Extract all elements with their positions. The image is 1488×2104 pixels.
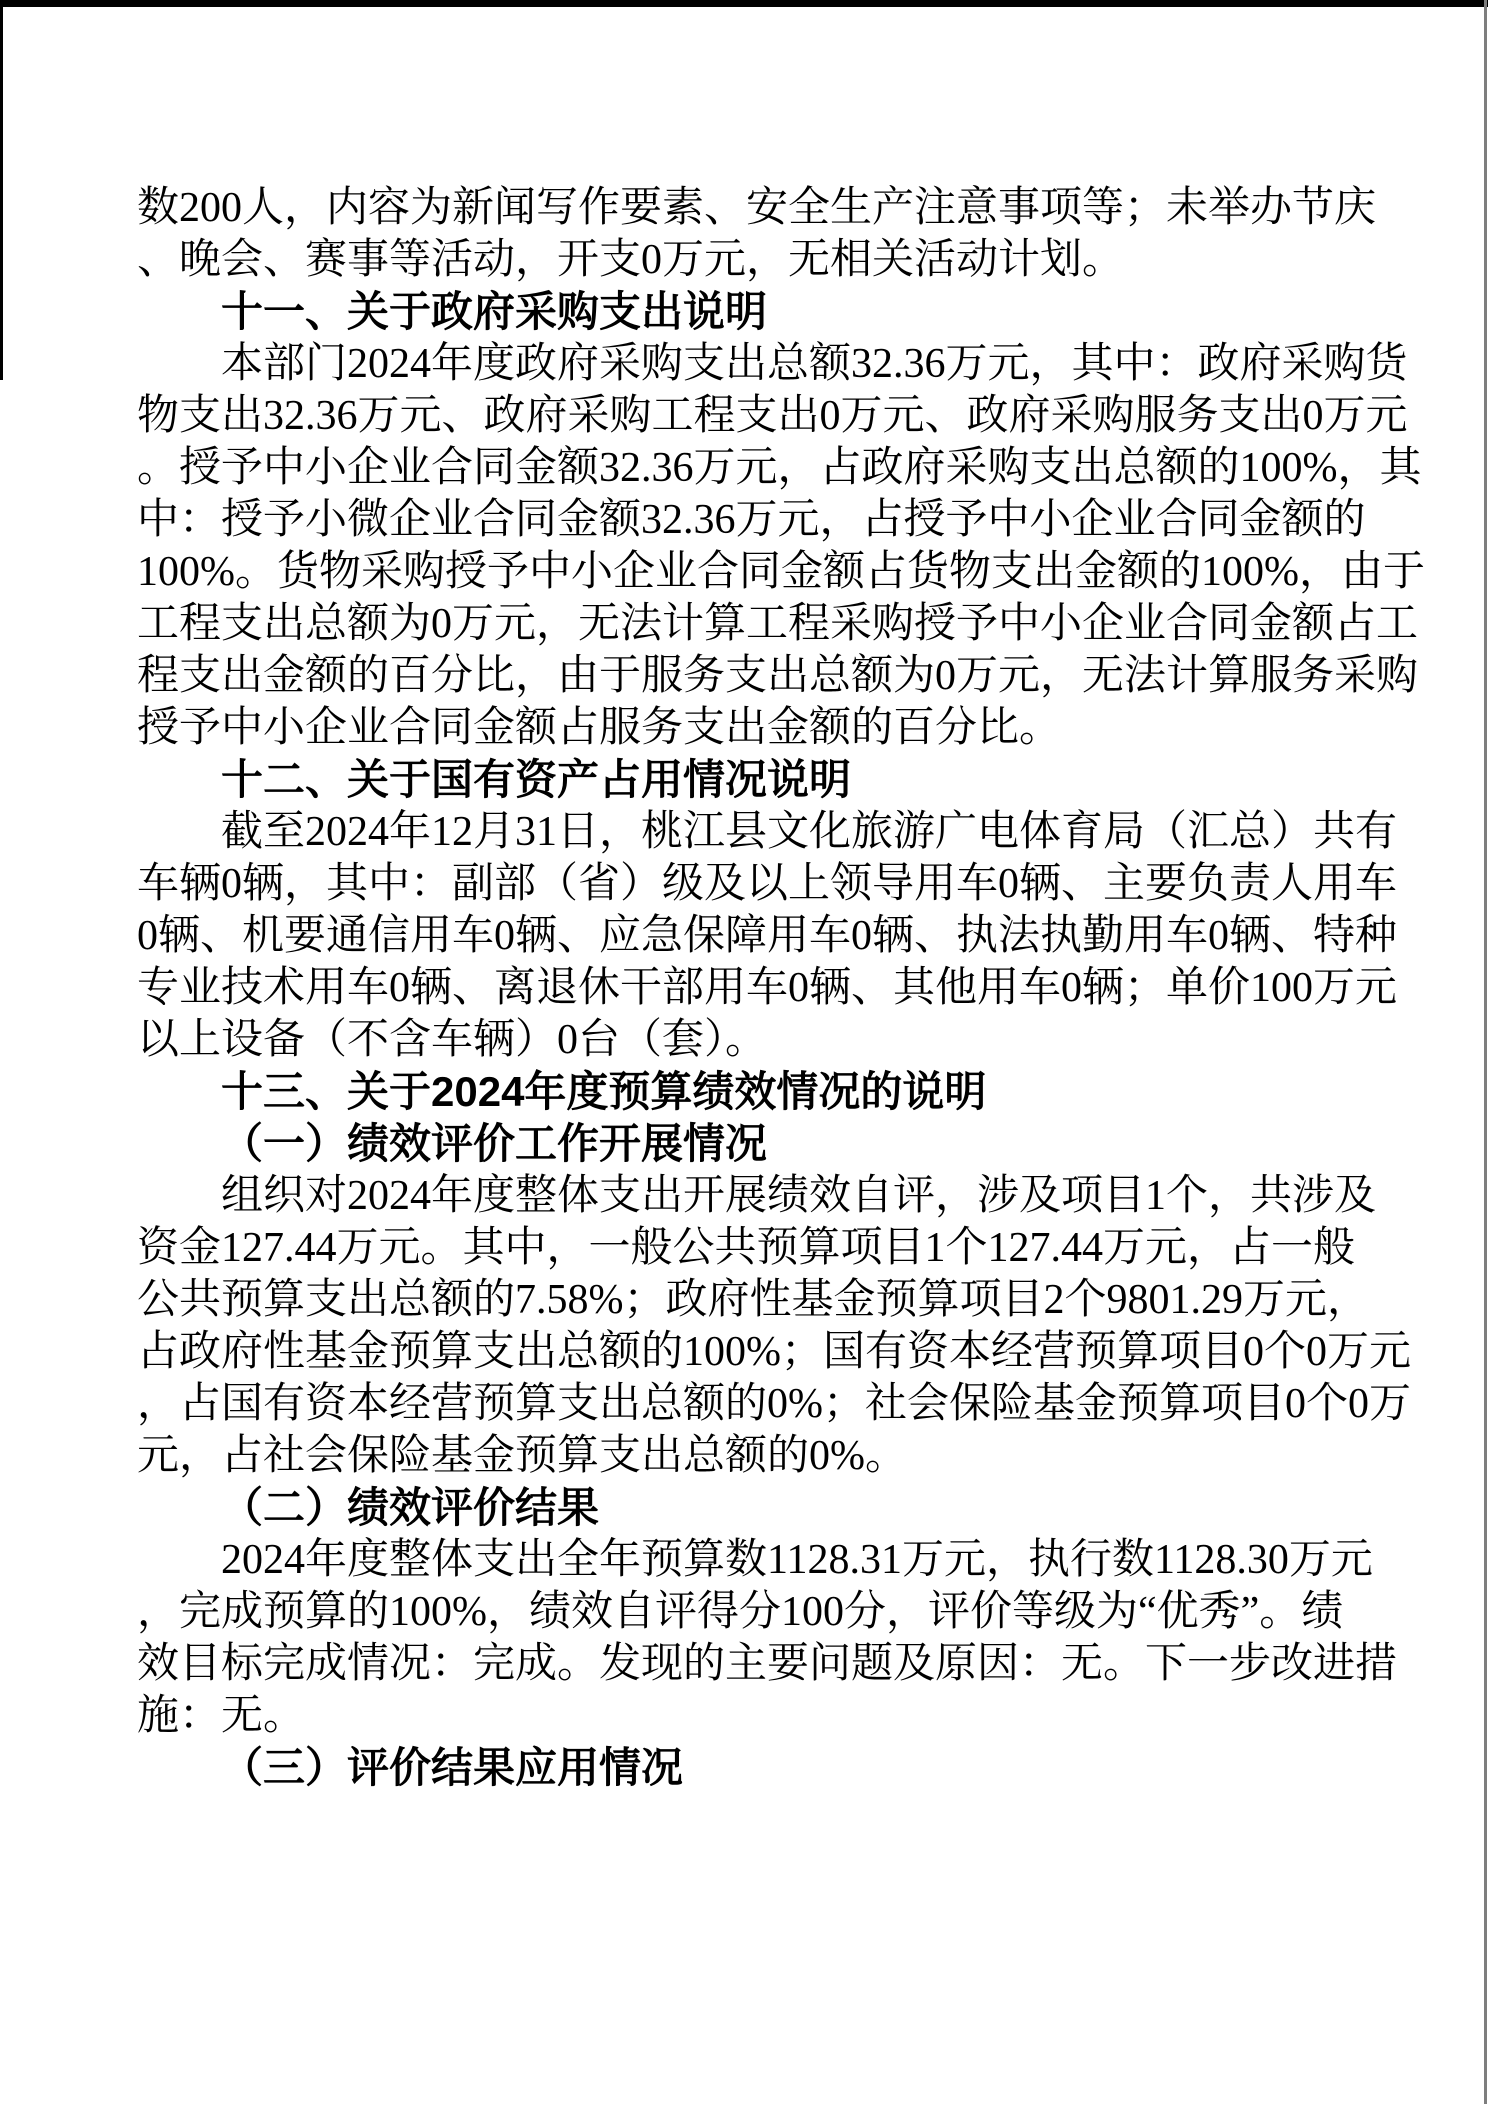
paragraph: 本部门2024年度政府采购支出总额32.36万元，其中：政府采购货物支出32.3… [137, 338, 1330, 754]
sub-section-heading: （一）绩效评价工作开展情况 [137, 1118, 1330, 1170]
text-line: 公共预算支出总额的7.58%；政府性基金预算项目2个9801.29万元， [137, 1274, 1330, 1326]
text-line: 程支出金额的百分比，由于服务支出总额为0万元，无法计算服务采购 [137, 650, 1330, 702]
scan-artifact-top-edge [0, 0, 1488, 7]
text-line: 元，占社会保险基金预算支出总额的0%。 [137, 1430, 1330, 1482]
scan-artifact-left-edge [0, 0, 3, 380]
text-line: 中：授予小微企业合同金额32.36万元，占授予中小企业合同金额的 [137, 494, 1330, 546]
paragraph-continued-from-previous-page: 数200人，内容为新闻写作要素、安全生产注意事项等；未举办节庆、晚会、赛事等活动… [137, 182, 1330, 286]
paragraph: 组织对2024年度整体支出开展绩效自评，涉及项目1个，共涉及资金127.44万元… [137, 1170, 1330, 1482]
text-line: 专业技术用车0辆、离退休干部用车0辆、其他用车0辆；单价100万元 [137, 962, 1330, 1014]
text-line: ，完成预算的100%，绩效自评得分100分，评价等级为“优秀”。绩 [137, 1586, 1330, 1638]
text-line: 车辆0辆，其中：副部（省）级及以上领导用车0辆、主要负责人用车 [137, 858, 1330, 910]
text-line: 以上设备（不含车辆）0台（套）。 [137, 1014, 1330, 1066]
text-line: 100%。货物采购授予中小企业合同金额占货物支出金额的100%，由于 [137, 546, 1330, 598]
section-heading: 十二、关于国有资产占用情况说明 [137, 754, 1330, 806]
text-line: 2024年度整体支出全年预算数1128.31万元，执行数1128.30万元 [137, 1534, 1330, 1586]
text-line: 本部门2024年度政府采购支出总额32.36万元，其中：政府采购货 [137, 338, 1330, 390]
text-line: 工程支出总额为0万元，无法计算工程采购授予中小企业合同金额占工 [137, 598, 1330, 650]
text-line: 组织对2024年度整体支出开展绩效自评，涉及项目1个，共涉及 [137, 1170, 1330, 1222]
paragraph: 2024年度整体支出全年预算数1128.31万元，执行数1128.30万元，完成… [137, 1534, 1330, 1742]
text-line: ，占国有资本经营预算支出总额的0%；社会保险基金预算项目0个0万 [137, 1378, 1330, 1430]
section-heading: 十三、关于2024年度预算绩效情况的说明 [137, 1066, 1330, 1118]
text-line: 施：无。 [137, 1690, 1330, 1742]
text-line: 、晚会、赛事等活动，开支0万元，无相关活动计划。 [137, 234, 1330, 286]
text-line: 。授予中小企业合同金额32.36万元，占政府采购支出总额的100%，其 [137, 442, 1330, 494]
text-line: 占政府性基金预算支出总额的100%；国有资本经营预算项目0个0万元 [137, 1326, 1330, 1378]
text-line: 数200人，内容为新闻写作要素、安全生产注意事项等；未举办节庆 [137, 182, 1330, 234]
sub-section-heading: （三）评价结果应用情况 [137, 1742, 1330, 1794]
text-line: 授予中小企业合同金额占服务支出金额的百分比。 [137, 702, 1330, 754]
document-body: 数200人，内容为新闻写作要素、安全生产注意事项等；未举办节庆、晚会、赛事等活动… [137, 182, 1330, 1794]
sub-section-heading: （二）绩效评价结果 [137, 1482, 1330, 1534]
text-line: 资金127.44万元。其中，一般公共预算项目1个127.44万元，占一般 [137, 1222, 1330, 1274]
text-line: 物支出32.36万元、政府采购工程支出0万元、政府采购服务支出0万元 [137, 390, 1330, 442]
paragraph: 截至2024年12月31日，桃江县文化旅游广电体育局（汇总）共有车辆0辆，其中：… [137, 806, 1330, 1066]
text-line: 效目标完成情况：完成。发现的主要问题及原因：无。下一步改进措 [137, 1638, 1330, 1690]
text-line: 截至2024年12月31日，桃江县文化旅游广电体育局（汇总）共有 [137, 806, 1330, 858]
section-heading: 十一、关于政府采购支出说明 [137, 286, 1330, 338]
text-line: 0辆、机要通信用车0辆、应急保障用车0辆、执法执勤用车0辆、特种 [137, 910, 1330, 962]
page-right-edge-line [1484, 0, 1487, 2104]
